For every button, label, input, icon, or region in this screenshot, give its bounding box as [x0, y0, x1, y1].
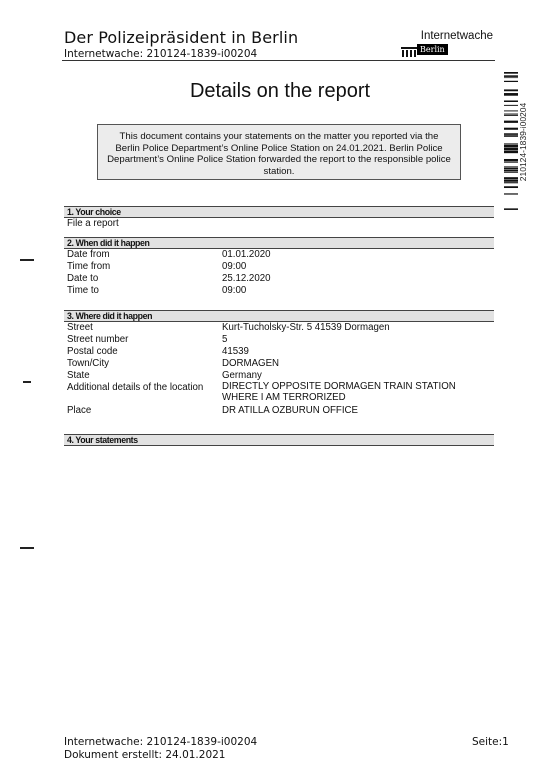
section-when: 2. When did it happen Date from01.01.202…: [64, 237, 494, 297]
detail-row: Time from09:00: [64, 261, 494, 273]
document-title: Details on the report: [0, 80, 545, 103]
field-label: Date from: [67, 249, 222, 261]
choice-value: File a report: [64, 218, 494, 230]
detail-row: Date from01.01.2020: [64, 249, 494, 261]
field-label: Additional details of the location: [67, 382, 222, 405]
section-heading: 1. Your choice: [64, 206, 494, 218]
detail-row: Postal code41539: [64, 346, 494, 358]
field-value: DIRECTLY OPPOSITE DORMAGEN TRAIN STATION…: [222, 382, 472, 405]
field-value: 09:00: [222, 285, 494, 297]
letterhead: Der Polizeipräsident in Berlin Internetw…: [64, 28, 298, 61]
section-heading: 3. Where did it happen: [64, 310, 494, 322]
field-value: Kurt-Tucholsky-Str. 5 41539 Dormagen: [222, 322, 494, 334]
field-label: Time to: [67, 285, 222, 297]
field-label: Postal code: [67, 346, 222, 358]
fold-mark: [20, 259, 34, 261]
page-number: Seite:1: [472, 736, 509, 748]
field-value: 01.01.2020: [222, 249, 494, 261]
field-value: 25.12.2020: [222, 273, 494, 285]
field-value: 41539: [222, 346, 494, 358]
logo-berlin-badge: Berlin: [417, 44, 448, 55]
detail-row: Additional details of the locationDIRECT…: [64, 382, 494, 405]
field-label: Date to: [67, 273, 222, 285]
detail-row: StreetKurt-Tucholsky-Str. 5 41539 Dormag…: [64, 322, 494, 334]
section-your-choice: 1. Your choice File a report: [64, 206, 494, 230]
field-value: 5: [222, 334, 494, 346]
section-heading: 4. Your statements: [64, 434, 494, 446]
fold-mark: [20, 547, 34, 549]
field-label: Street number: [67, 334, 222, 346]
detail-row: Time to09:00: [64, 285, 494, 297]
field-label: Street: [67, 322, 222, 334]
brandenburg-gate-icon: [401, 47, 417, 57]
field-label: Town/City: [67, 358, 222, 370]
notice-box: This document contains your statements o…: [97, 124, 461, 180]
punch-mark: [23, 381, 31, 383]
field-label: Time from: [67, 261, 222, 273]
logo-text: Internetwache: [421, 30, 493, 42]
detail-row: PlaceDR ATILLA OZBURUN OFFICE: [64, 405, 494, 417]
field-label: Place: [67, 405, 222, 417]
field-value: 09:00: [222, 261, 494, 273]
section-where: 3. Where did it happen StreetKurt-Tuchol…: [64, 310, 494, 417]
field-value: DORMAGEN: [222, 358, 494, 370]
internetwache-logo: Internetwache Berlin: [398, 30, 498, 58]
footer: Internetwache: 210124-1839-i00204 Dokume…: [64, 736, 257, 762]
detail-row: Street number5: [64, 334, 494, 346]
section-statements: 4. Your statements: [64, 434, 494, 446]
detail-row: Date to25.12.2020: [64, 273, 494, 285]
field-label: State: [67, 370, 222, 382]
authority-name: Der Polizeipräsident in Berlin: [64, 28, 298, 47]
header-divider: [62, 60, 495, 61]
section-heading: 2. When did it happen: [64, 237, 494, 249]
detail-row: Town/CityDORMAGEN: [64, 358, 494, 370]
footer-created-date: Dokument erstellt: 24.01.2021: [64, 749, 257, 762]
field-value: DR ATILLA OZBURUN OFFICE: [222, 405, 494, 417]
footer-reference: Internetwache: 210124-1839-i00204: [64, 736, 257, 749]
